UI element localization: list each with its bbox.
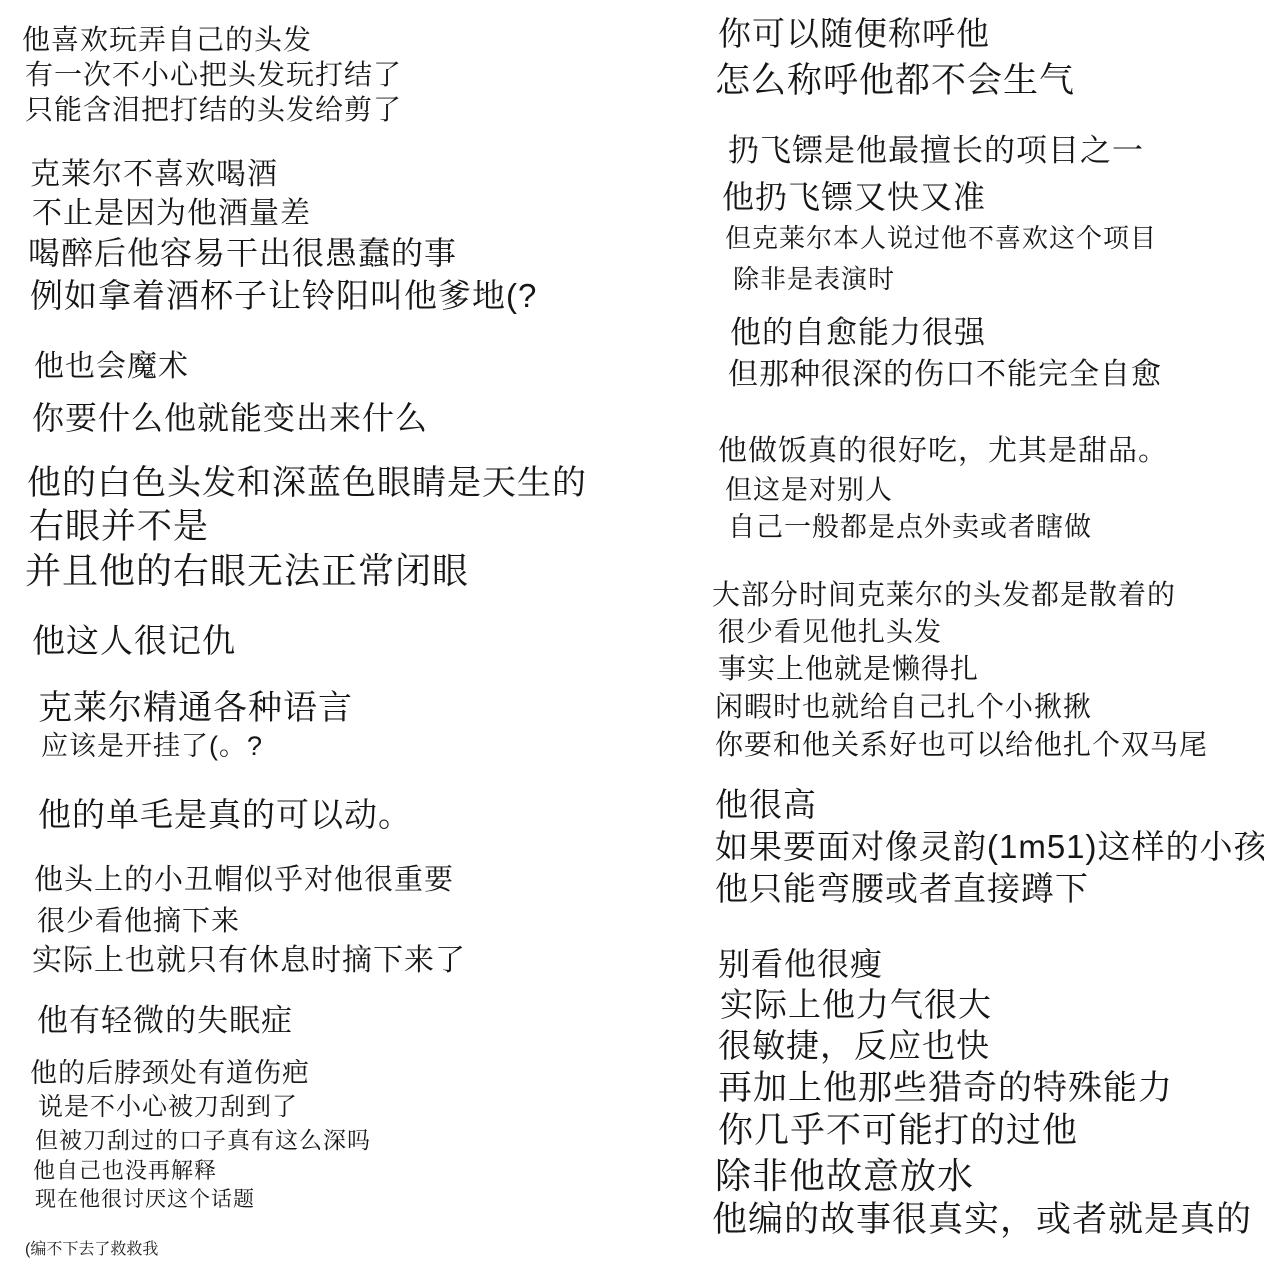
note-line: 并且他的右眼无法正常闭眼 — [22, 548, 587, 593]
note-section-strength: 别看他很瘦 实际上他力气很大 很敏捷，反应也快 再加上他那些猎奇的特殊能力 你几… — [712, 944, 1252, 1242]
note-line: 不止是因为他酒量差 — [22, 194, 537, 233]
note-section-alcohol: 克莱尔不喜欢喝酒 不止是因为他酒量差 喝醉后他容易干出很愚蠢的事 例如拿着酒杯子… — [22, 155, 537, 317]
note-line: 大部分时间克莱尔的头发都是散着的 — [712, 576, 1208, 614]
note-line: 他喜欢玩弄自己的头发 — [22, 22, 402, 57]
note-line: 事实上他就是懒得扎 — [712, 650, 1208, 688]
note-section-clown-hat: 他头上的小丑帽似乎对他很重要 很少看他摘下来 实际上也就只有休息时摘下来了 — [22, 860, 466, 982]
note-line: 自己一般都是点外卖或者瞎做 — [712, 511, 1168, 545]
note-line: 别看他很瘦 — [712, 944, 1252, 984]
note-line: 你要什么他就能变出来什么 — [22, 398, 428, 438]
note-section-hair-play: 他喜欢玩弄自己的头发 有一次不小心把头发玩打结了 只能含泪把打结的头发给剪了 — [22, 22, 402, 127]
note-line: 但克莱尔本人说过他不喜欢这个项目 — [712, 222, 1157, 255]
note-line: 右眼并不是 — [22, 505, 587, 549]
note-line: 你要和他关系好也可以给他扎个双马尾 — [712, 726, 1208, 764]
note-line: 他也会魔术 — [22, 348, 428, 386]
notes-page: 他喜欢玩弄自己的头发 有一次不小心把头发玩打结了 只能含泪把打结的头发给剪了 克… — [0, 0, 1264, 1264]
note-section-cooking: 他做饭真的很好吃，尤其是甜品。 但这是对别人 自己一般都是点外卖或者瞎做 — [712, 433, 1168, 545]
note-section-nicknames: 你可以随便称呼他 怎么称呼他都不会生气 — [712, 12, 1075, 104]
note-line: 他做饭真的很好吃，尤其是甜品。 — [712, 433, 1168, 469]
note-section-insomnia: 他有轻微的失眠症 — [22, 1002, 293, 1041]
note-line: 他编的故事很真实，或者就是真的 — [712, 1198, 1252, 1242]
note-line: 他头上的小丑帽似乎对他很重要 — [22, 860, 466, 901]
note-line: 他扔飞镖又快又准 — [712, 177, 1157, 217]
note-line: 只能含泪把打结的头发给剪了 — [22, 92, 402, 127]
note-line: 他有轻微的失眠症 — [22, 1002, 293, 1041]
note-line: 除非是表演时 — [712, 263, 1157, 296]
note-line: 他的后脖颈处有道伤疤 — [22, 1055, 371, 1091]
note-line: 很少看见他扎头发 — [712, 614, 1208, 650]
note-line: 但那种很深的伤口不能完全自愈 — [712, 356, 1162, 394]
note-section-grudge: 他这人很记仇 — [22, 620, 236, 661]
note-line: 说是不小心被刀刮到了 — [22, 1091, 371, 1125]
left-column: 他喜欢玩弄自己的头发 有一次不小心把头发玩打结了 只能含泪把打结的头发给剪了 克… — [22, 0, 682, 1264]
note-section-ahoge: 他的单毛是真的可以动。 — [22, 794, 412, 835]
note-line: 实际上也就只有休息时摘下来了 — [22, 940, 466, 982]
note-line: 很少看他摘下来 — [22, 901, 466, 940]
note-section-hairstyle: 大部分时间克莱尔的头发都是散着的 很少看见他扎头发 事实上他就是懒得扎 闲暇时也… — [712, 576, 1208, 764]
note-line: 实际上他力气很大 — [712, 984, 1252, 1025]
note-line: 除非他故意放水 — [712, 1153, 1252, 1198]
note-line: 克莱尔精通各种语言 — [22, 686, 353, 730]
note-line: 他的单毛是真的可以动。 — [22, 794, 412, 835]
note-section-height: 他很高 如果要面对像灵韵(1m51)这样的小孩 他只能弯腰或者直接蹲下 — [712, 784, 1264, 910]
note-line: 但被刀刮过的口子真有这么深吗 — [22, 1125, 371, 1156]
note-section-darts: 扔飞镖是他最擅长的项目之一 他扔飞镖又快又准 但克莱尔本人说过他不喜欢这个项目 … — [712, 132, 1157, 296]
note-section-languages: 克莱尔精通各种语言 应该是开挂了(。? — [22, 686, 353, 764]
note-line: 如果要面对像灵韵(1m51)这样的小孩 — [712, 826, 1264, 868]
note-line: 再加上他那些猎奇的特殊能力 — [712, 1067, 1252, 1110]
note-line: 怎么称呼他都不会生气 — [712, 57, 1075, 104]
note-line: 很敏捷，反应也快 — [712, 1025, 1252, 1066]
right-column: 你可以随便称呼他 怎么称呼他都不会生气 扔飞镖是他最擅长的项目之一 他扔飞镖又快… — [712, 0, 1264, 1264]
note-line: 扔飞镖是他最擅长的项目之一 — [712, 132, 1157, 171]
note-section-magic: 他也会魔术 你要什么他就能变出来什么 — [22, 348, 428, 438]
note-line: 有一次不小心把头发玩打结了 — [22, 57, 402, 92]
note-line: 闲暇时也就给自己扎个小揪揪 — [712, 688, 1208, 726]
note-line: 他这人很记仇 — [22, 620, 236, 661]
note-line: 他的白色头发和深蓝色眼睛是天生的 — [22, 462, 587, 505]
note-line: 他自己也没再解释 — [22, 1156, 371, 1186]
note-section-healing: 他的自愈能力很强 但那种很深的伤口不能完全自愈 — [712, 314, 1162, 393]
note-line: 喝醉后他容易干出很愚蠢的事 — [22, 233, 537, 275]
note-line: 应该是开挂了(。? — [22, 730, 353, 764]
note-line: 他很高 — [712, 784, 1264, 826]
note-line: 你几乎不可能打的过他 — [712, 1109, 1252, 1153]
footnote: (编不下去了救救我 — [25, 1240, 158, 1259]
note-line: 他的自愈能力很强 — [712, 314, 1162, 353]
note-line: 例如拿着酒杯子让铃阳叫他爹地(? — [22, 275, 537, 318]
note-line: 现在他很讨厌这个话题 — [22, 1186, 371, 1214]
note-line: 但这是对别人 — [712, 474, 1168, 508]
note-section-eyes: 他的白色头发和深蓝色眼睛是天生的 右眼并不是 并且他的右眼无法正常闭眼 — [22, 462, 587, 593]
note-section-scar: 他的后脖颈处有道伤疤 说是不小心被刀刮到了 但被刀刮过的口子真有这么深吗 他自己… — [22, 1055, 371, 1214]
note-line: 你可以随便称呼他 — [712, 12, 1075, 57]
note-line: 克莱尔不喜欢喝酒 — [22, 155, 537, 194]
note-line: 他只能弯腰或者直接蹲下 — [712, 868, 1264, 910]
